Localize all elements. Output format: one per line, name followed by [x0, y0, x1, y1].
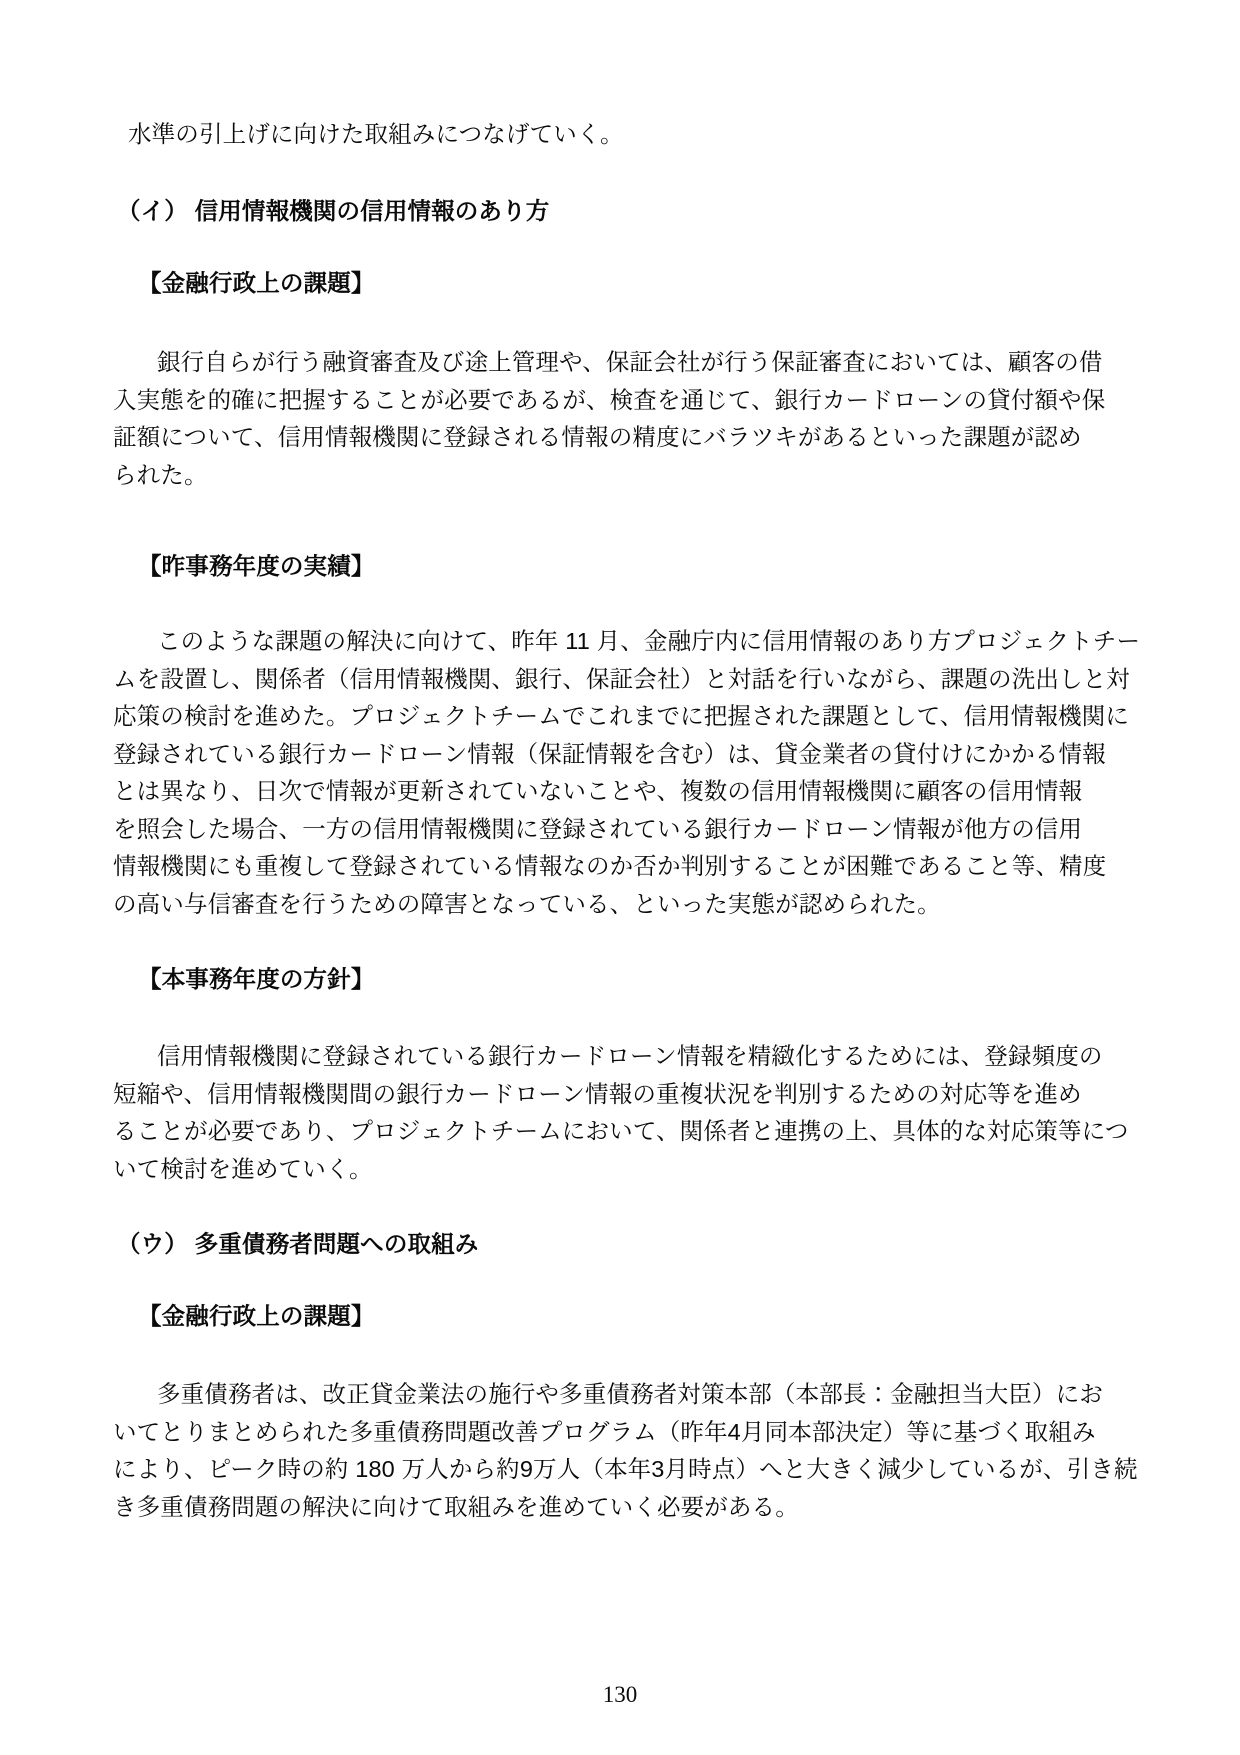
heading-this-year-policy: 【本事務年度の方針】	[138, 961, 375, 999]
page-number: 130	[0, 1680, 1240, 1710]
heading-last-year-results: 【昨事務年度の実績】	[138, 548, 375, 586]
heading-regulatory-issues-2: 【金融行政上の課題】	[138, 1298, 375, 1336]
paragraph-this-year-policy: 信用情報機関に登録されている銀行カードローン情報を精緻化するためには、登録頻度の…	[113, 1038, 1129, 1188]
document-page: 水準の引上げに向けた取組みにつなげていく。 （イ） 信用情報機関の信用情報のあり…	[0, 0, 1240, 1755]
paragraph-regulatory-issues-2: 多重債務者は、改正貸金業法の施行や多重債務者対策本部（本部長：金融担当大臣）にお…	[113, 1376, 1138, 1526]
heading-section-multiple-debtors: （ウ） 多重債務者問題への取組み	[117, 1226, 478, 1264]
paragraph-last-year-results: このような課題の解決に向けて、昨年 11 月、金融庁内に信用情報のあり方プロジェ…	[113, 623, 1140, 923]
paragraph-regulatory-issues-1: 銀行自らが行う融資審査及び途上管理や、保証会社が行う保証審査においては、顧客の借…	[113, 344, 1105, 494]
heading-regulatory-issues-1: 【金融行政上の課題】	[138, 265, 375, 303]
paragraph-continuation: 水準の引上げに向けた取組みにつなげていく。	[128, 116, 624, 154]
heading-section-credit-info: （イ） 信用情報機関の信用情報のあり方	[117, 193, 549, 231]
